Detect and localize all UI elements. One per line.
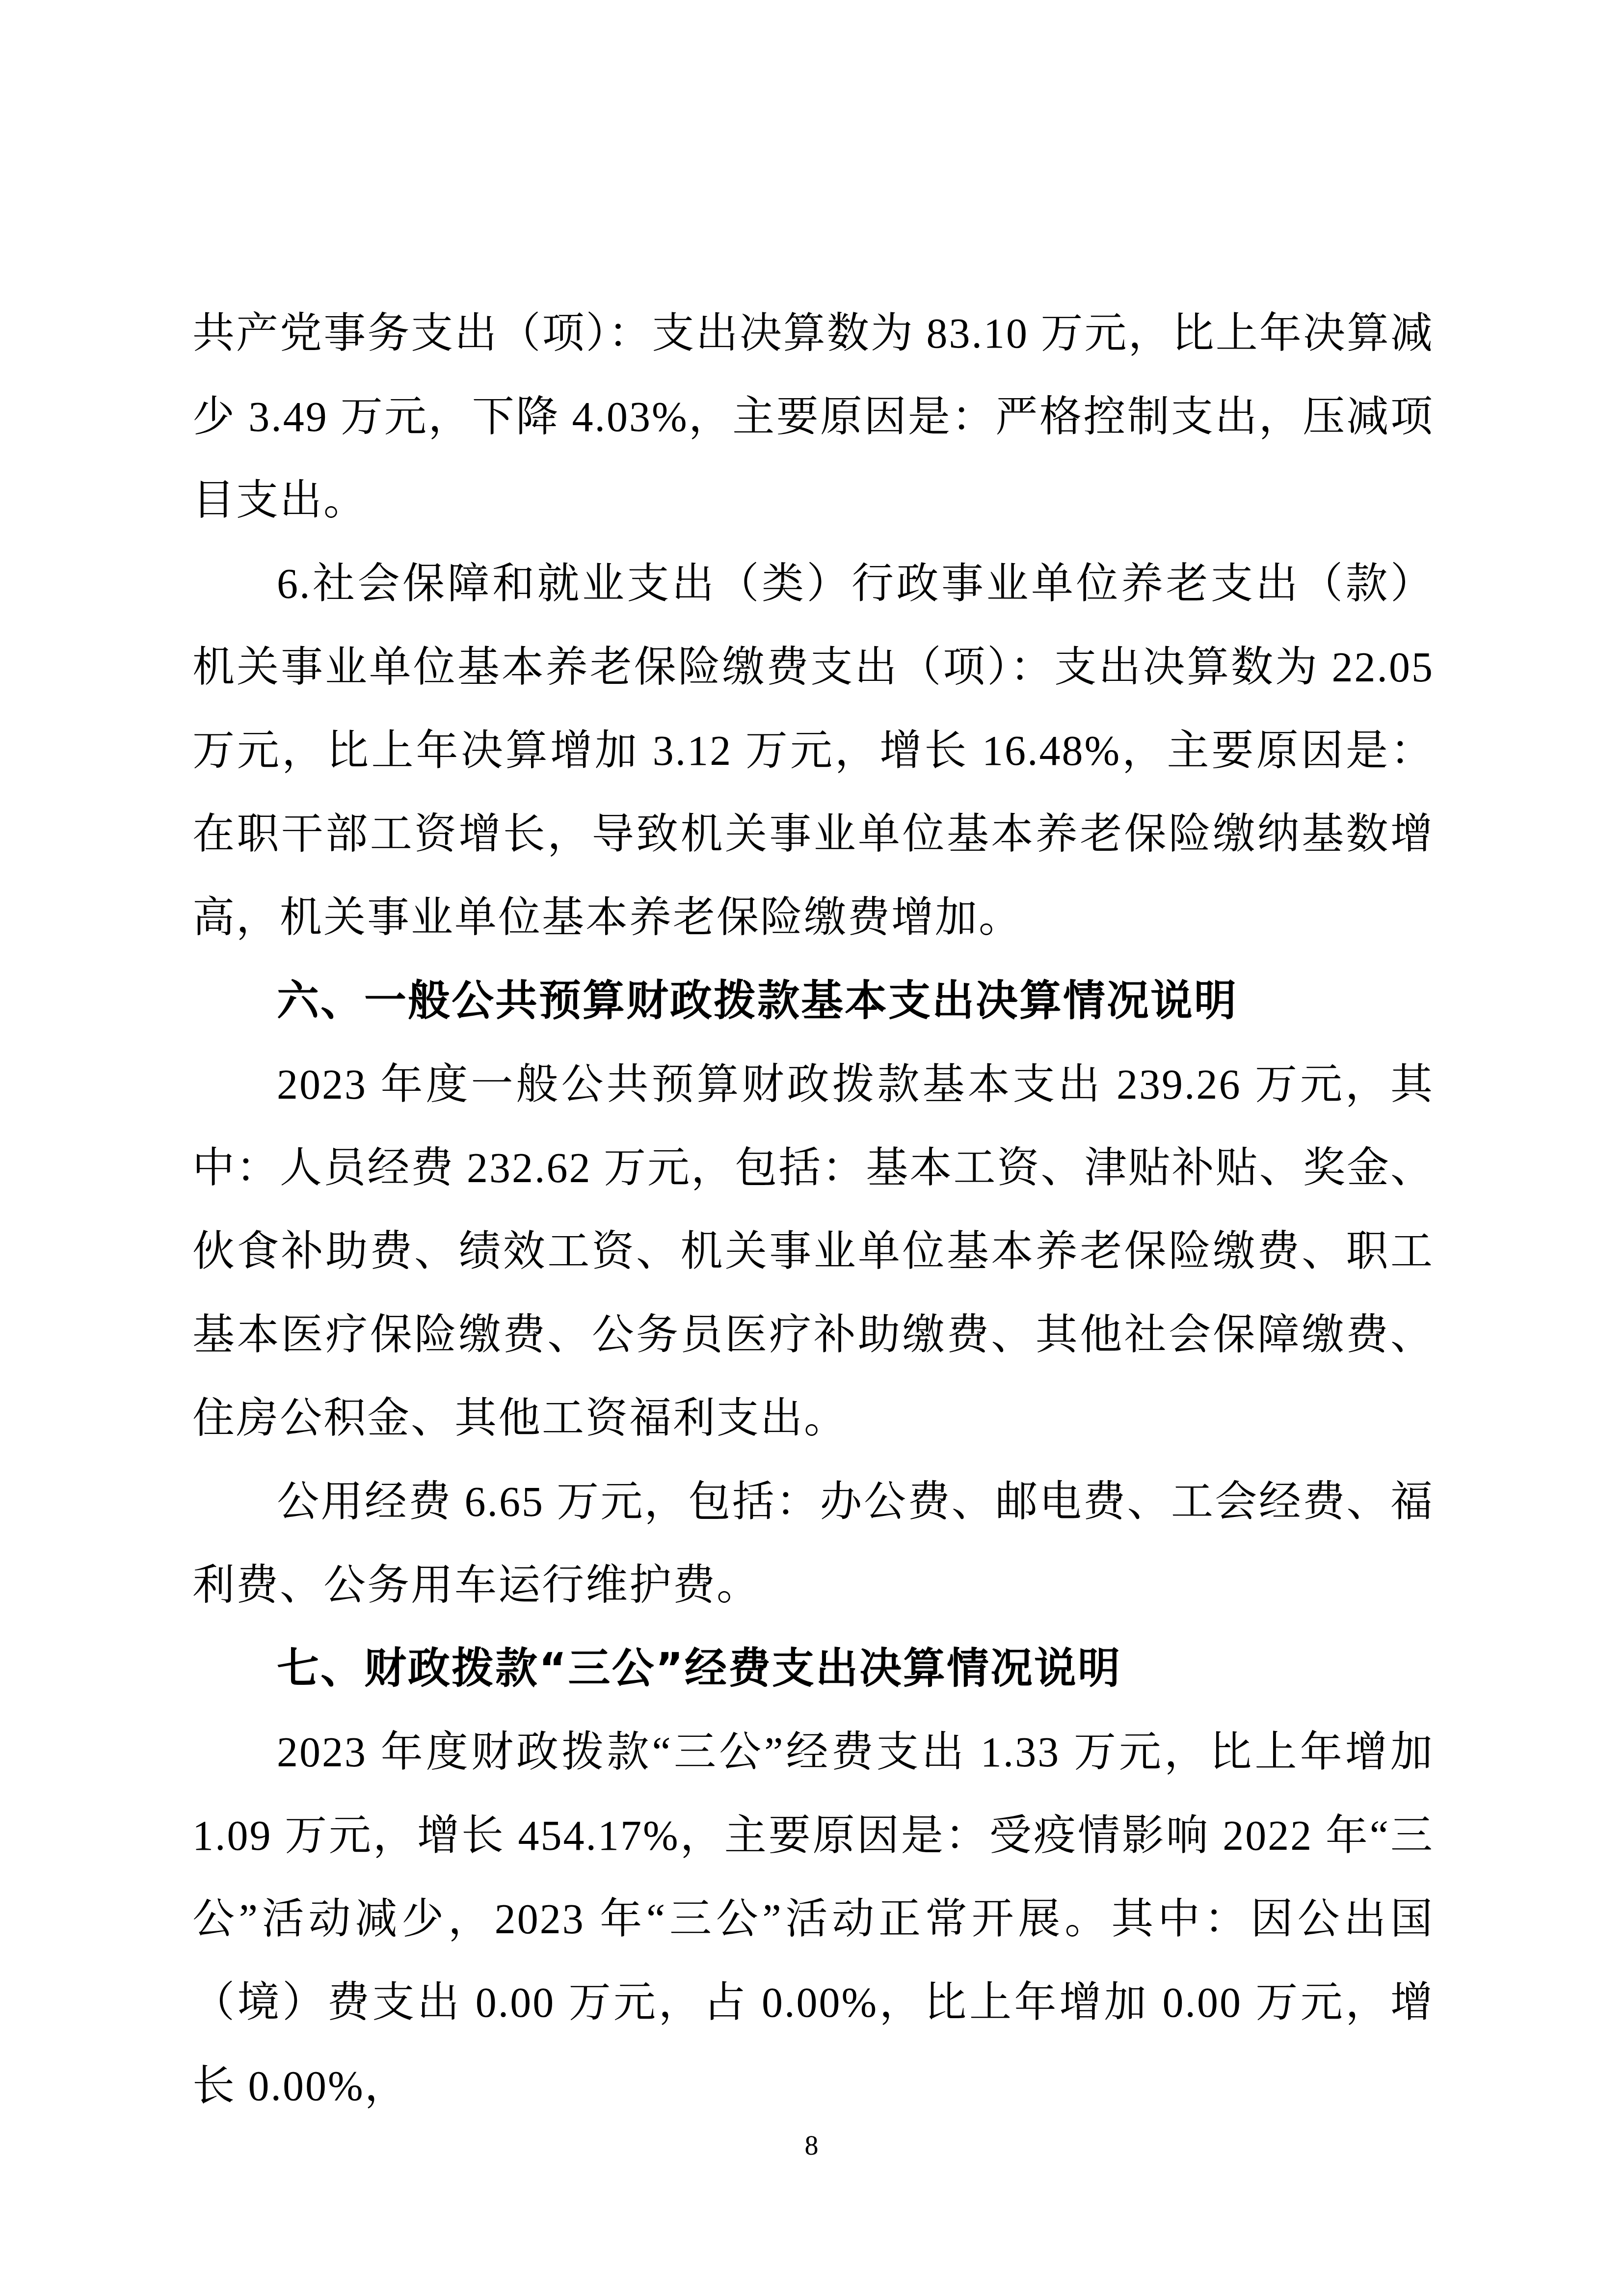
paragraph-public-funds-detail: 公用经费 6.65 万元，包括：办公费、邮电费、工会经费、福利费、公务用车运行维… bbox=[192, 1460, 1434, 1627]
paragraph-social-security-pension-expenditure: 6.社会保障和就业支出（类）行政事业单位养老支出（款）机关事业单位基本养老保险缴… bbox=[192, 542, 1434, 959]
page-number: 8 bbox=[0, 2129, 1623, 2163]
section-heading-basic-expenditure: 六、一般公共预算财政拨款基本支出决算情况说明 bbox=[192, 959, 1434, 1043]
paragraph-party-affairs-expenditure: 共产党事务支出（项）：支出决算数为 83.10 万元，比上年决算减少 3.49 … bbox=[192, 292, 1434, 542]
document-body: 共产党事务支出（项）：支出决算数为 83.10 万元，比上年决算减少 3.49 … bbox=[192, 292, 1434, 2128]
section-heading-three-public-expenses: 七、财政拨款“三公”经费支出决算情况说明 bbox=[192, 1627, 1434, 1710]
paragraph-basic-expenditure-detail: 2023 年度一般公共预算财政拨款基本支出 239.26 万元，其中：人员经费 … bbox=[192, 1043, 1434, 1460]
paragraph-three-public-expenses-detail: 2023 年度财政拨款“三公”经费支出 1.33 万元，比上年增加 1.09 万… bbox=[192, 1710, 1434, 2128]
document-page: 共产党事务支出（项）：支出决算数为 83.10 万元，比上年决算减少 3.49 … bbox=[0, 0, 1623, 2296]
